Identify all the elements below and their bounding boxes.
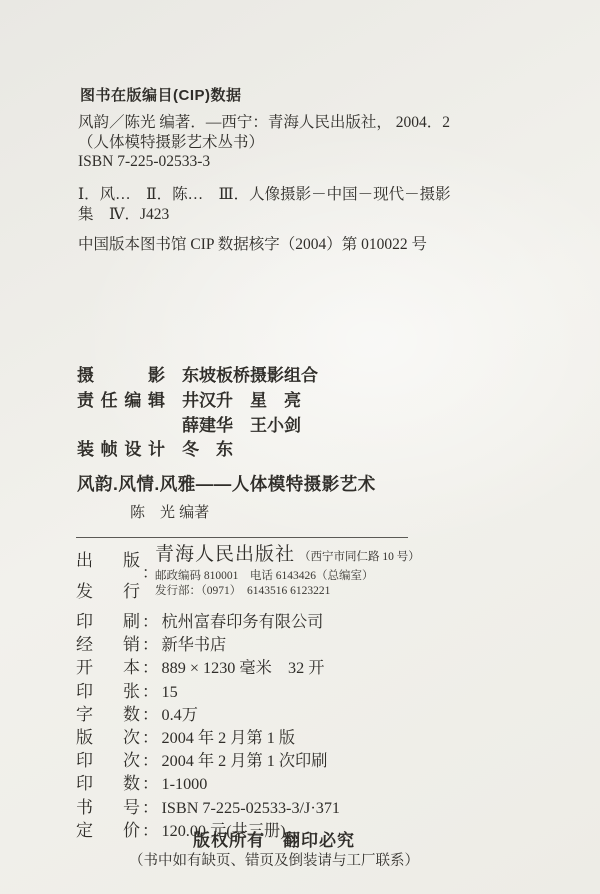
cip-heading: 图书在版编目(CIP)数据 [80, 84, 242, 105]
credit-row-photography: 摄影 东坡板桥摄影组合 [77, 361, 318, 386]
book-author: 陈 光 编著 [130, 501, 209, 522]
colophon-value: ISBN 7-225-02533-3/J·371 [162, 799, 341, 818]
colophon-value: 889 × 1230 毫米 32 开 [162, 654, 325, 678]
colophon-value: 2004 年 2 月第 1 版 [162, 724, 296, 748]
colophon-row-printer: 印刷：杭州富春印务有限公司 [76, 607, 536, 630]
colophon-colon: ： [142, 724, 159, 748]
credit-row-editors: 责任编辑 井汉升 星 亮 [77, 386, 318, 411]
colophon-value: 0.4万 [162, 701, 198, 725]
publisher-name-line: 青海人民出版社（西宁市同仁路 10 号） [155, 543, 536, 569]
cip-entry-line1: 风韵／陈光 编著．—西宁：青海人民出版社， 2004．2 [78, 113, 518, 133]
cip-class-line1: Ⅰ．风… Ⅱ．陈… Ⅲ．人像摄影－中国－现代－摄影 [78, 185, 518, 205]
cip-entry-line2: （人体模特摄影艺术丛书） [78, 133, 518, 153]
copyright-page: { "ui": { "colon": "：" }, "page": { "bg"… [0, 0, 600, 894]
colophon-colon: ： [142, 747, 159, 771]
colophon-value: 杭州富春印务有限公司 [162, 608, 324, 632]
colophon-label: 字数 [76, 700, 140, 725]
publisher-labels: 出版 发行 [76, 545, 140, 607]
colophon-row-printing: 印次：2004 年 2 月第 1 次印刷 [76, 746, 536, 769]
colophon-label: 书号 [76, 793, 140, 818]
colophon-label: 经销 [76, 630, 140, 655]
cip-record-number: 中国版本图书馆 CIP 数据核字（2004）第 010022 号 [78, 232, 427, 254]
publisher-content: 青海人民出版社（西宁市同仁路 10 号） 邮政编码 810001 电话 6143… [155, 543, 536, 598]
credit-value: 薛建华 王小剑 [182, 411, 301, 436]
credit-label: 摄影 [77, 361, 165, 386]
cip-isbn: ISBN 7-225-02533-3 [78, 152, 518, 172]
colophon-label: 开本 [76, 653, 140, 678]
copyright-notice: 版权所有 翻印必究 [0, 826, 548, 851]
defect-note: （书中如有缺页、错页及倒装请与工厂联系） [0, 849, 548, 870]
colophon-label: 印张 [76, 677, 140, 702]
colophon-row-sheets: 印张：15 [76, 677, 536, 700]
colophon-colon: ： [142, 608, 159, 632]
colophon-colon: ： [142, 770, 159, 794]
colophon-label: 印次 [76, 746, 140, 771]
colophon-colon: ： [142, 794, 159, 818]
colophon-row-printrun: 印数：1-1000 [76, 769, 536, 792]
publisher-label-publish: 出版 [76, 545, 140, 576]
credit-row-design: 装帧设计 冬 东 [77, 435, 318, 460]
colophon-row-wordcount: 字数：0.4万 [76, 700, 536, 723]
publisher-label-distribute: 发行 [76, 576, 140, 607]
colophon-label: 印刷 [76, 607, 140, 632]
publisher-distribution: 发行部：（0971） 6143516 6123221 [155, 584, 536, 599]
book-title: 风韵.风情.风雅——人体模特摄影艺术 [77, 471, 376, 496]
colophon-value: 15 [162, 683, 178, 702]
colophon-colon: ： [142, 631, 159, 655]
publisher-postal-phone: 邮政编码 810001 电话 6143426（总编室） [155, 569, 536, 584]
credit-row-editors-cont: 薛建华 王小剑 [77, 411, 318, 436]
publisher-address: （西宁市同仁路 10 号） [299, 551, 420, 563]
cip-entry: 风韵／陈光 编著．—西宁：青海人民出版社， 2004．2 （人体模特摄影艺术丛书… [78, 113, 518, 172]
colophon-value: 2004 年 2 月第 1 次印刷 [162, 747, 328, 771]
publisher-row: 出版 发行 ： 青海人民出版社（西宁市同仁路 10 号） 邮政编码 810001… [76, 543, 536, 607]
credit-label: 装帧设计 [77, 435, 165, 460]
cip-class-line2: 集 Ⅳ．J423 [78, 205, 518, 225]
colophon-value: 1-1000 [162, 775, 208, 794]
colophon-row-format: 开本：889 × 1230 毫米 32 开 [76, 653, 536, 676]
colophon-row-booknumber: 书号：ISBN 7-225-02533-3/J·371 [76, 793, 536, 816]
colophon-row-edition: 版次：2004 年 2 月第 1 版 [76, 723, 536, 746]
credit-label: 责任编辑 [77, 386, 165, 411]
colophon-colon: ： [142, 701, 159, 725]
colophon-colon: ： [142, 678, 159, 702]
colophon-block: 出版 发行 ： 青海人民出版社（西宁市同仁路 10 号） 邮政编码 810001… [76, 543, 536, 839]
cip-classification: Ⅰ．风… Ⅱ．陈… Ⅲ．人像摄影－中国－现代－摄影 集 Ⅳ．J423 [78, 185, 518, 225]
colophon-label: 印数 [76, 769, 140, 794]
publisher-colon: ： [142, 560, 158, 583]
divider-rule [76, 537, 408, 538]
colophon-row-distributor: 经销：新华书店 [76, 630, 536, 653]
colophon-colon: ： [142, 654, 159, 678]
credits-block: 摄影 东坡板桥摄影组合 责任编辑 井汉升 星 亮 薛建华 王小剑 装帧设计 冬 … [77, 361, 318, 460]
publisher-name: 青海人民出版社 [155, 544, 295, 565]
credit-value: 冬 东 [182, 435, 233, 460]
credit-value: 井汉升 星 亮 [182, 386, 301, 411]
colophon-label: 版次 [76, 723, 140, 748]
colophon-value: 新华书店 [162, 631, 227, 655]
credit-label [77, 411, 165, 436]
credit-value: 东坡板桥摄影组合 [182, 361, 318, 386]
